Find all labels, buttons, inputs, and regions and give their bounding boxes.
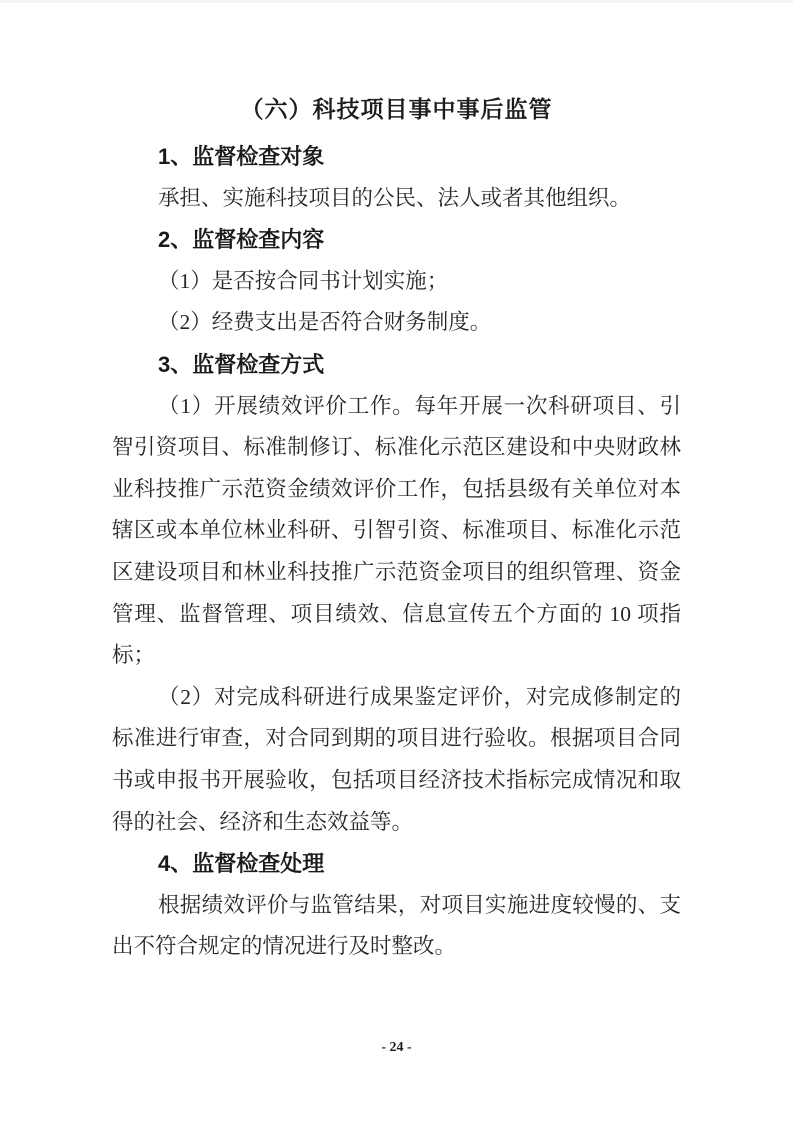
- paragraph-line: 标准进行审查，对合同到期的项目进行验收。根据项目合同: [112, 718, 681, 760]
- document-content: （六）科技项目事中事后监管 1、监督检查对象 承担、实施科技项目的公民、法人或者…: [112, 0, 681, 968]
- paragraph-line: 出不符合规定的情况进行及时整改。: [112, 926, 681, 968]
- section-3: 3、监督检查方式 （1）开展绩效评价工作。每年开展一次科研项目、引 智引资项目、…: [112, 344, 681, 843]
- paragraph-line: 智引资项目、标准制修订、标准化示范区建设和中央财政林: [112, 427, 681, 469]
- paragraph-line: 区建设项目和林业科技推广示范资金项目的组织管理、资金: [112, 552, 681, 594]
- paragraph-line: （1）开展绩效评价工作。每年开展一次科研项目、引: [112, 386, 681, 428]
- paragraph-line: 业科技推广示范资金绩效评价工作，包括县级有关单位对本: [112, 469, 681, 511]
- doc-title: （六）科技项目事中事后监管: [112, 0, 681, 126]
- paragraph-line: 书或申报书开展验收，包括项目经济技术指标完成情况和取: [112, 760, 681, 802]
- section-4: 4、监督检查处理 根据绩效评价与监管结果，对项目实施进度较慢的、支 出不符合规定…: [112, 843, 681, 968]
- document-page: （六）科技项目事中事后监管 1、监督检查对象 承担、实施科技项目的公民、法人或者…: [0, 0, 793, 1122]
- paragraph-line: 管理、监督管理、项目绩效、信息宣传五个方面的 10 项指: [112, 594, 681, 636]
- section-1: 1、监督检查对象 承担、实施科技项目的公民、法人或者其他组织。: [112, 136, 681, 219]
- section-3-heading: 3、监督检查方式: [112, 344, 681, 386]
- paragraph-line: （2）对完成科研进行成果鉴定评价，对完成修制定的: [112, 677, 681, 719]
- section-4-heading: 4、监督检查处理: [112, 843, 681, 885]
- page-number-label: - 24 -: [0, 1038, 793, 1058]
- paragraph-line: （2）经费支出是否符合财务制度。: [112, 302, 681, 344]
- paragraph-line: 得的社会、经济和生态效益等。: [112, 802, 681, 844]
- paragraph-line: 标；: [112, 635, 681, 677]
- paragraph-line: 承担、实施科技项目的公民、法人或者其他组织。: [112, 178, 681, 220]
- paragraph-line: 根据绩效评价与监管结果，对项目实施进度较慢的、支: [112, 885, 681, 927]
- section-2: 2、监督检查内容 （1）是否按合同书计划实施； （2）经费支出是否符合财务制度。: [112, 219, 681, 344]
- section-2-heading: 2、监督检查内容: [112, 219, 681, 261]
- paragraph-line: （1）是否按合同书计划实施；: [112, 261, 681, 303]
- paragraph-line: 辖区或本单位林业科研、引智引资、标准项目、标准化示范: [112, 510, 681, 552]
- section-1-heading: 1、监督检查对象: [112, 136, 681, 178]
